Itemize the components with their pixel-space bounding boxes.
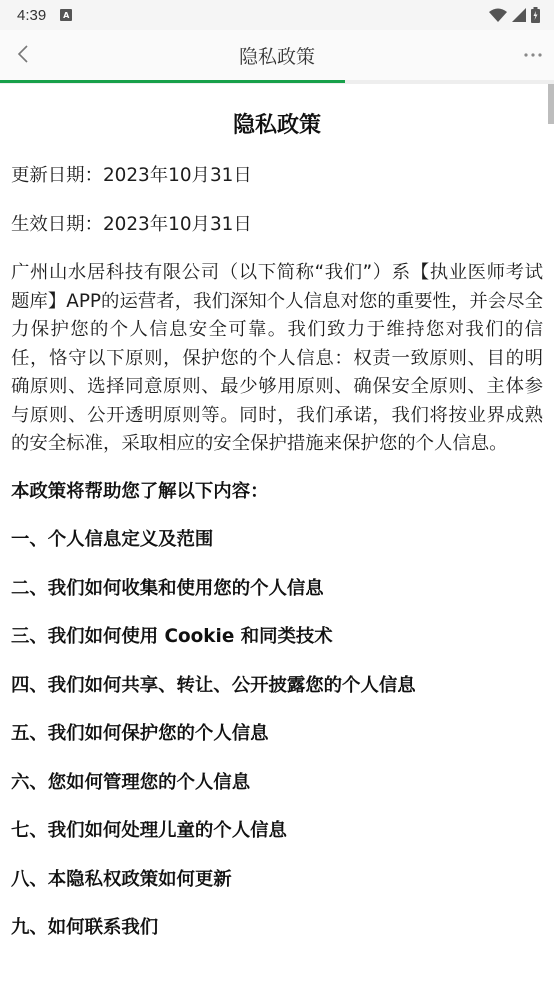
- document-title: 隐私政策: [11, 108, 543, 139]
- signal-icon: [512, 8, 526, 22]
- toc-item: 六、您如何管理您的个人信息: [11, 769, 543, 798]
- toc-item: 八、本隐私权政策如何更新: [11, 866, 543, 895]
- document-content: 隐私政策 更新日期：2023年10月31日 生效日期：2023年10月31日 广…: [0, 108, 554, 943]
- page-title: 隐私政策: [239, 42, 315, 69]
- toc-heading: 本政策将帮助您了解以下内容：: [11, 478, 543, 507]
- status-time: 4:39: [17, 7, 46, 24]
- more-options-button[interactable]: [522, 48, 544, 62]
- toc-item: 三、我们如何使用 Cookie 和同类技术: [11, 623, 543, 652]
- toc-item: 七、我们如何处理儿童的个人信息: [11, 817, 543, 846]
- toc-item: 四、我们如何共享、转让、公开披露您的个人信息: [11, 672, 543, 701]
- wifi-icon: [489, 8, 507, 22]
- toc-item: 一、个人信息定义及范围: [11, 526, 543, 555]
- updated-date: 更新日期：2023年10月31日: [11, 162, 543, 191]
- progress-fill: [0, 80, 345, 83]
- toc-item: 九、如何联系我们: [11, 914, 543, 943]
- status-bar: 4:39 A: [0, 0, 554, 30]
- effective-date: 生效日期：2023年10月31日: [11, 211, 543, 240]
- toc-item: 五、我们如何保护您的个人信息: [11, 720, 543, 749]
- battery-charging-icon: [531, 7, 540, 23]
- app-bar: 隐私政策: [0, 30, 554, 80]
- intro-paragraph: 广州山水居科技有限公司（以下简称“我们”）系【执业医师考试题库】APP的运营者，…: [11, 259, 543, 459]
- page-load-progress: [0, 80, 554, 84]
- notification-a-icon: A: [60, 9, 72, 21]
- back-button[interactable]: [12, 40, 36, 70]
- toc-item: 二、我们如何收集和使用您的个人信息: [11, 575, 543, 604]
- scrollbar[interactable]: [548, 84, 554, 124]
